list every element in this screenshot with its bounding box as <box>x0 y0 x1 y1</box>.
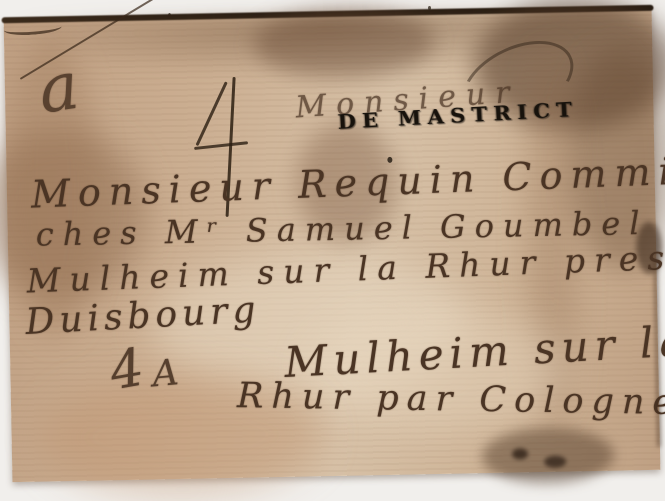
letter-photo: a Monsieur DE MASTRICT Monsieur Requin C… <box>0 0 665 501</box>
rate-mark-letter: A <box>151 352 181 395</box>
destination-line-1: Mulheim sur la <box>283 316 665 387</box>
pen-stroke-numeral-4 <box>194 141 248 150</box>
rate-mark-numeral: 4 <box>105 338 148 403</box>
paper-stain <box>482 427 615 486</box>
pen-stroke-numeral-4 <box>196 81 228 146</box>
destination-line-2: Rhur par Cologne <box>237 376 665 423</box>
top-left-flourish: a <box>34 47 84 129</box>
pen-underline-flourish <box>3 20 62 37</box>
paper-stain <box>253 6 434 79</box>
ink-smudge <box>544 456 566 468</box>
letter-paper: a Monsieur DE MASTRICT Monsieur Requin C… <box>4 8 661 482</box>
ink-smudge <box>512 448 528 459</box>
